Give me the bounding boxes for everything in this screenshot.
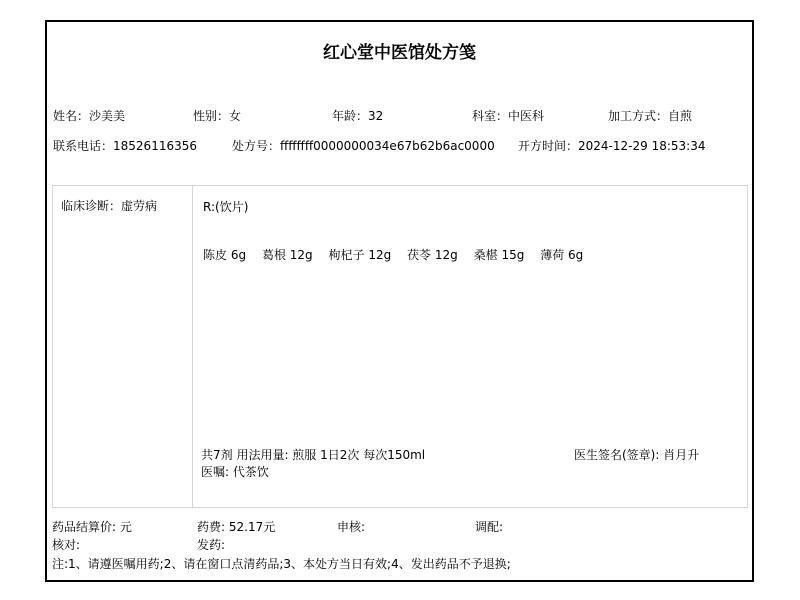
dispense-field: 发药: <box>197 536 225 553</box>
review-field: 申核: <box>337 518 365 535</box>
diagnosis-value: 虚劳病 <box>121 199 157 213</box>
dispense-prep-field: 调配: <box>475 518 503 535</box>
patient-gender-label: 性别： <box>193 109 229 123</box>
herb-name: 薄荷 <box>540 248 564 262</box>
herb-dose: 6g <box>231 248 246 262</box>
patient-name: 姓名：沙美美 <box>53 107 125 124</box>
patient-age-value: 32 <box>368 109 383 123</box>
issue-time-value: 2024-12-29 18:53:34 <box>578 139 705 153</box>
diagnosis-column: 临床诊断：虚劳病 <box>53 186 193 507</box>
prescription-frame: 红心堂中医馆处方笺 姓名：沙美美 性别：女 年龄：32 科室：中医科 加工方式：… <box>45 20 754 582</box>
herb-name: 桑椹 <box>474 248 498 262</box>
rx-number-label: 处方号： <box>232 139 280 153</box>
medicine-fee: 药费: 52.17元 <box>197 518 275 535</box>
patient-department: 科室：中医科 <box>472 107 544 124</box>
herb-dose: 12g <box>435 248 458 262</box>
prescription-box: 临床诊断：虚劳病 R:(饮片) 陈皮 6g 葛根 12g 枸杞子 12g 茯苓 … <box>52 185 748 508</box>
patient-department-label: 科室： <box>472 109 508 123</box>
herb-dose: 15g <box>501 248 524 262</box>
usage-block: 共7剂 用法用量: 煎服 1日2次 每次150ml 医嘱: 代茶饮 <box>201 447 425 481</box>
patient-age-label: 年龄： <box>332 109 368 123</box>
patient-name-value: 沙美美 <box>89 109 125 123</box>
dosage-line: 共7剂 用法用量: 煎服 1日2次 每次150ml <box>201 447 425 464</box>
patient-name-label: 姓名： <box>53 109 89 123</box>
herb-item: 葛根 12g <box>262 248 313 262</box>
processing-method-value: 自煎 <box>668 109 692 123</box>
herb-item: 薄荷 6g <box>540 248 583 262</box>
herb-dose: 6g <box>568 248 583 262</box>
herb-item: 枸杞子 12g <box>329 248 392 262</box>
doctor-advice: 医嘱: 代茶饮 <box>201 464 425 481</box>
clinical-diagnosis: 临床诊断：虚劳病 <box>61 197 157 214</box>
patient-gender: 性别：女 <box>193 107 241 124</box>
rx-number-value: ffffffff0000000034e67b62b6ac0000 <box>280 139 495 153</box>
page-title: 红心堂中医馆处方笺 <box>47 38 752 63</box>
herb-item: 陈皮 6g <box>203 248 246 262</box>
prescription-sheet: 红心堂中医馆处方笺 姓名：沙美美 性别：女 年龄：32 科室：中医科 加工方式：… <box>0 0 800 600</box>
processing-method: 加工方式：自煎 <box>608 107 692 124</box>
processing-method-label: 加工方式： <box>608 109 668 123</box>
herb-item: 茯苓 12g <box>407 248 458 262</box>
herb-name: 葛根 <box>262 248 286 262</box>
rx-type: R:(饮片) <box>203 198 248 215</box>
check-field: 核对: <box>52 536 80 553</box>
issue-time-label: 开方时间： <box>518 139 578 153</box>
herb-name: 枸杞子 <box>329 248 365 262</box>
note-line: 注:1、请遵医嘱用药;2、请在窗口点清药品;3、本处方当日有效;4、发出药品不予… <box>52 555 511 572</box>
diagnosis-label: 临床诊断： <box>61 199 121 213</box>
patient-department-value: 中医科 <box>508 109 544 123</box>
doctor-signature: 医生签名(签章): 肖月升 <box>574 447 706 464</box>
herb-list: 陈皮 6g 葛根 12g 枸杞子 12g 茯苓 12g 桑椹 15g 薄荷 6g <box>203 246 595 263</box>
patient-gender-value: 女 <box>229 109 241 123</box>
herb-name: 茯苓 <box>407 248 431 262</box>
patient-phone: 联系电话：18526116356 <box>53 137 197 154</box>
patient-phone-value: 18526116356 <box>113 139 197 153</box>
herb-dose: 12g <box>368 248 391 262</box>
patient-age: 年龄：32 <box>332 107 383 124</box>
settle-price: 药品结算价: 元 <box>52 518 132 535</box>
herb-dose: 12g <box>290 248 313 262</box>
patient-phone-label: 联系电话： <box>53 139 113 153</box>
issue-time: 开方时间：2024-12-29 18:53:34 <box>518 137 705 154</box>
herb-name: 陈皮 <box>203 248 227 262</box>
herb-item: 桑椹 15g <box>474 248 525 262</box>
rx-number: 处方号：ffffffff0000000034e67b62b6ac0000 <box>232 137 495 154</box>
